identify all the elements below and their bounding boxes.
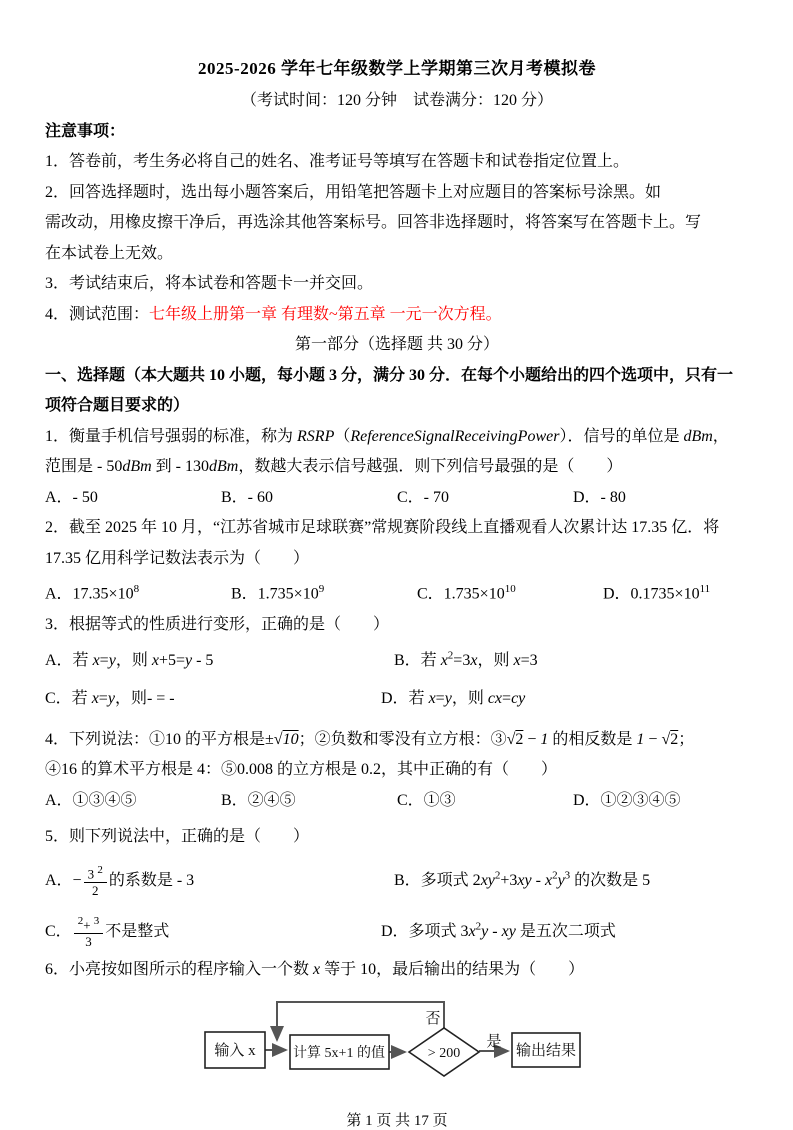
- q4-option-a: A．①③④⑤: [45, 786, 221, 817]
- flowchart-figure: 输入 x 计算 5x+1 的值 > 200 输出结果 否 是: [177, 992, 617, 1088]
- exam-page: 2025-2026 学年七年级数学上学期第三次月考模拟卷 （考试时间：120 分…: [0, 0, 793, 1130]
- notice-item-2-line2: 需改动，用橡皮擦干净后，再选涂其他答案标号。回答非选择题时，将答案写在答题卡上。…: [45, 208, 749, 239]
- q4-option-c: C．①③: [397, 786, 573, 817]
- notice-item-4-prefix: 4．测试范围：: [45, 306, 149, 323]
- q5-option-c: C．2+ 33不是整式: [45, 909, 377, 955]
- question-1-options: A．- 50 B．- 60 C．- 70 D．- 80: [45, 483, 749, 514]
- section1-title-line1: 一、选择题（本大题共 10 小题，每小题 3 分，满分 30 分．在每个小题给出…: [45, 361, 749, 392]
- notices-heading: 注意事项：: [45, 117, 749, 148]
- question-1-stem-line1: 1．衡量手机信号强弱的标准，称为 RSRP（ReferenceSignalRec…: [45, 422, 749, 453]
- q3-option-c: C．若 x=y，则- = -: [45, 684, 377, 715]
- question-3-options-cd: C．若 x=y，则- = - D．若 x=y，则 cx=cy: [45, 684, 749, 715]
- flow-label-no: 否: [425, 1010, 440, 1027]
- q2-option-b: B．1.735×109: [231, 574, 417, 610]
- q3-option-d: D．若 x=y，则 cx=cy: [381, 690, 525, 707]
- section1-title-line2: 项符合题目要求的）: [45, 391, 749, 422]
- question-5-options-ab: A．−3 22的系数是 - 3 B．多项式 2xy2+3xy - x2y3 的次…: [45, 853, 749, 904]
- q1-option-d: D．- 80: [573, 483, 626, 514]
- page-title: 2025-2026 学年七年级数学上学期第三次月考模拟卷: [45, 54, 749, 85]
- notice-item-3: 3．考试结束后，将本试卷和答题卡一并交回。: [45, 269, 749, 300]
- test-scope-text: 七年级上册第一章 有理数~第五章 一元一次方程。: [149, 306, 502, 323]
- q5-option-a: A．−3 22的系数是 - 3: [45, 858, 390, 904]
- q2-option-c: C．1.735×1010: [417, 574, 603, 610]
- notice-item-2-line1: 2．回答选择题时，选出每小题答案后，用铅笔把答题卡上对应题目的答案标号涂黑。如: [45, 178, 749, 209]
- question-1-stem-line2: 范围是 - 50dBm 到 - 130dBm，数越大表示信号越强．则下列信号最强…: [45, 452, 749, 483]
- q4-option-b: B．②④⑤: [221, 786, 397, 817]
- q2-option-a: A．17.35×108: [45, 574, 231, 610]
- page-number: 第 1 页 共 17 页: [45, 1109, 749, 1130]
- question-2-stem-line1: 2．截至 2025 年 10 月，“江苏省城市足球联赛”常规赛阶段线上直播观看人…: [45, 513, 749, 544]
- q1-option-a: A．- 50: [45, 483, 221, 514]
- question-3-options-ab: A．若 x=y，则 x+5=y - 5 B．若 x2=3x，则 x=3: [45, 640, 749, 676]
- flow-label-compute: 计算 5x+1 的值: [293, 1044, 385, 1061]
- question-6-stem: 6．小亮按如图所示的程序输入一个数 x 等于 10，最后输出的结果为（ ）: [45, 955, 749, 986]
- q5-option-b: B．多项式 2xy2+3xy - x2y3 的次数是 5: [394, 872, 650, 889]
- q4-option-d: D．①②③④⑤: [573, 786, 681, 817]
- q1-option-b: B．- 60: [221, 483, 397, 514]
- flow-label-condition: > 200: [428, 1046, 460, 1061]
- flow-label-yes: 是: [486, 1033, 501, 1050]
- question-4-stem-line1: 4．下列说法：①10 的平方根是±√10；②负数和零没有立方根：③√2 − 1 …: [45, 725, 749, 756]
- flow-label-input: 输入 x: [214, 1042, 256, 1059]
- program-flowchart: 输入 x 计算 5x+1 的值 > 200 输出结果 否 是: [177, 992, 617, 1093]
- q3-option-b: B．若 x2=3x，则 x=3: [394, 652, 538, 669]
- question-5-options-cd: C．2+ 33不是整式 D．多项式 3x2y - xy 是五次二项式: [45, 904, 749, 955]
- q1-option-c: C．- 70: [397, 483, 573, 514]
- notice-item-1: 1．答卷前，考生务必将自己的姓名、准考证号等填写在答题卡和试卷指定位置上。: [45, 147, 749, 178]
- part1-header: 第一部分（选择题 共 30 分）: [45, 330, 749, 361]
- question-4-stem-line2: ④16 的算术平方根是 4：⑤0.008 的立方根是 0.2，其中正确的有（ ）: [45, 755, 749, 786]
- q3-option-a: A．若 x=y，则 x+5=y - 5: [45, 646, 390, 677]
- question-5-stem: 5．则下列说法中，正确的是（ ）: [45, 822, 749, 853]
- flow-label-output: 输出结果: [516, 1042, 576, 1059]
- question-4-options: A．①③④⑤ B．②④⑤ C．①③ D．①②③④⑤: [45, 786, 749, 817]
- question-2-options: A．17.35×108 B．1.735×109 C．1.735×1010 D．0…: [45, 574, 749, 610]
- notice-item-4: 4．测试范围：七年级上册第一章 有理数~第五章 一元一次方程。: [45, 300, 749, 331]
- q2-option-d: D．0.1735×1011: [603, 574, 710, 610]
- page-subtitle: （考试时间：120 分钟 试卷满分：120 分）: [45, 85, 749, 117]
- question-2-stem-line2: 17.35 亿用科学记数法表示为（ ）: [45, 544, 749, 575]
- q5-option-d: D．多项式 3x2y - xy 是五次二项式: [381, 923, 616, 940]
- notice-item-2-line3: 在本试卷上无效。: [45, 239, 749, 270]
- question-3-stem: 3．根据等式的性质进行变形，正确的是（ ）: [45, 610, 749, 641]
